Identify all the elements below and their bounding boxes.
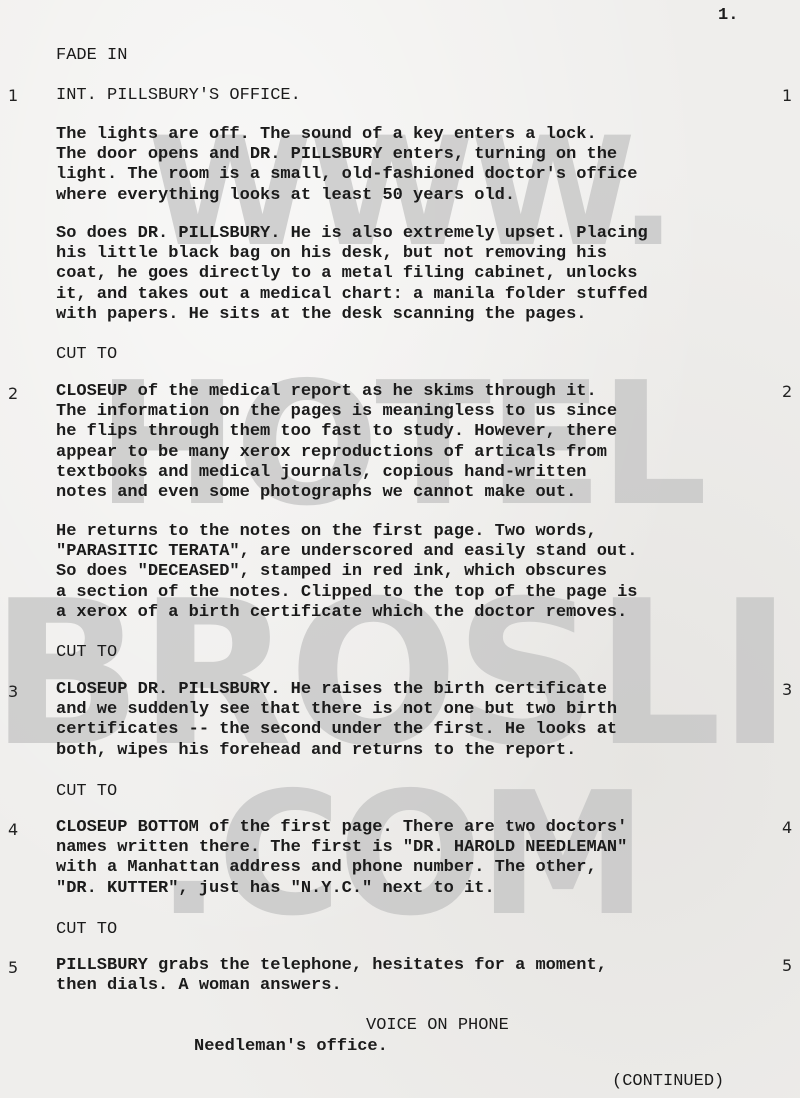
fade-in: FADE IN <box>56 46 127 66</box>
action-paragraph: CLOSEUP DR. PILLSBURY. He raises the bir… <box>56 680 796 761</box>
screenplay-page: 1. FADE IN 1 INT. PILLSBURY'S OFFICE. 1 … <box>0 0 800 1098</box>
action-paragraph: So does DR. PILLSBURY. He is also extrem… <box>56 224 796 325</box>
scene-number-left-1: 1 <box>8 86 18 106</box>
continued-marker: (CONTINUED) <box>612 1072 724 1092</box>
action-paragraph: He returns to the notes on the first pag… <box>56 522 796 623</box>
scene-number-left-3: 3 <box>8 682 18 702</box>
scene-number-left-2: 2 <box>8 384 18 404</box>
scene-number-right-1: 1 <box>782 86 792 106</box>
dialogue-line: Needleman's office. <box>194 1037 388 1057</box>
scene-heading-1: INT. PILLSBURY'S OFFICE. <box>56 86 301 106</box>
transition-cut-to: CUT TO <box>56 920 117 940</box>
scene-number-left-5: 5 <box>8 958 18 978</box>
transition-cut-to: CUT TO <box>56 345 117 365</box>
page-number: 1. <box>718 6 738 26</box>
dialogue-character: VOICE ON PHONE <box>366 1016 509 1036</box>
transition-cut-to: CUT TO <box>56 782 117 802</box>
action-paragraph: CLOSEUP BOTTOM of the first page. There … <box>56 818 796 899</box>
scene-number-left-4: 4 <box>8 820 18 840</box>
action-paragraph: The lights are off. The sound of a key e… <box>56 125 796 206</box>
action-paragraph: PILLSBURY grabs the telephone, hesitates… <box>56 956 796 996</box>
action-paragraph: CLOSEUP of the medical report as he skim… <box>56 382 796 503</box>
transition-cut-to: CUT TO <box>56 643 117 663</box>
